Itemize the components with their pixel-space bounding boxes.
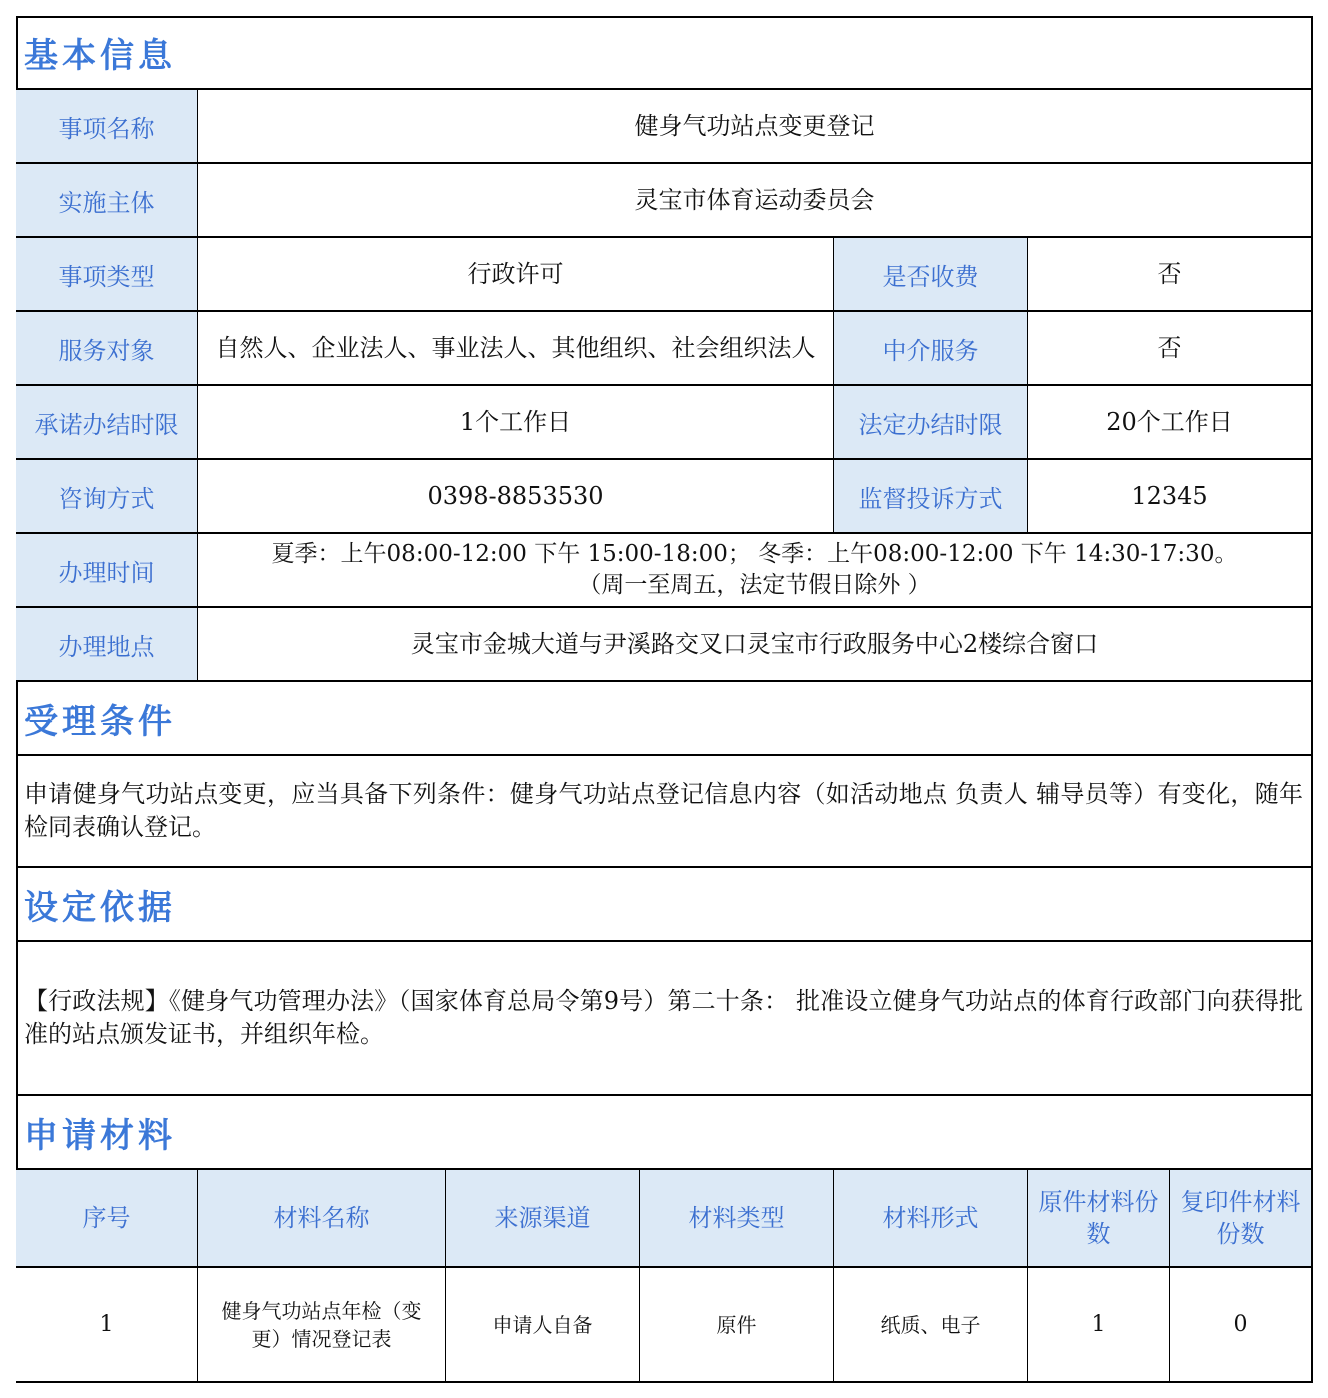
value-intermediary: 否 bbox=[1028, 312, 1313, 386]
section-title-conditions: 受理条件 bbox=[16, 682, 1313, 756]
value-item-name: 健身气功站点变更登记 bbox=[198, 90, 1313, 164]
value-charge: 否 bbox=[1028, 238, 1313, 312]
materials-row-index: 1 bbox=[16, 1268, 199, 1383]
label-implementer: 实施主体 bbox=[16, 164, 199, 238]
label-item-name: 事项名称 bbox=[16, 90, 199, 164]
section-title-basic-info: 基本信息 bbox=[16, 16, 1313, 90]
materials-row-type: 原件 bbox=[640, 1268, 835, 1383]
materials-header-type: 材料类型 bbox=[640, 1170, 835, 1268]
materials-row-original-count: 1 bbox=[1028, 1268, 1171, 1383]
section-title-basis: 设定依据 bbox=[16, 868, 1313, 942]
label-item-type: 事项类型 bbox=[16, 238, 199, 312]
label-hours: 办理时间 bbox=[16, 534, 199, 608]
materials-row-name: 健身气功站点年检（变更）情况登记表 bbox=[198, 1268, 447, 1383]
conditions-text: 申请健身气功站点变更，应当具备下列条件：健身气功站点登记信息内容（如活动地点 负… bbox=[16, 756, 1313, 868]
materials-header-original-count: 原件材料份数 bbox=[1028, 1170, 1171, 1268]
materials-header-index: 序号 bbox=[16, 1170, 199, 1268]
materials-row-form: 纸质、电子 bbox=[834, 1268, 1029, 1383]
hours-line-2: （周一至周五，法定节假日除外 ） bbox=[578, 570, 930, 601]
label-service-target: 服务对象 bbox=[16, 312, 199, 386]
label-location: 办理地点 bbox=[16, 608, 199, 682]
materials-header-name: 材料名称 bbox=[198, 1170, 447, 1268]
value-implementer: 灵宝市体育运动委员会 bbox=[198, 164, 1313, 238]
value-location: 灵宝市金城大道与尹溪路交叉口灵宝市行政服务中心2楼综合窗口 bbox=[198, 608, 1313, 682]
section-title-materials: 申请材料 bbox=[16, 1096, 1313, 1170]
label-legal-time: 法定办结时限 bbox=[834, 386, 1029, 460]
materials-header-copy-count: 复印件材料份数 bbox=[1170, 1170, 1313, 1268]
value-service-target: 自然人、企业法人、事业法人、其他组织、社会组织法人 bbox=[198, 312, 835, 386]
basis-text: 【行政法规】《健身气功管理办法》（国家体育总局令第9号）第二十条： 批准设立健身… bbox=[16, 942, 1313, 1096]
label-intermediary: 中介服务 bbox=[834, 312, 1029, 386]
label-consult: 咨询方式 bbox=[16, 460, 199, 534]
materials-header-form: 材料形式 bbox=[834, 1170, 1029, 1268]
materials-header-source: 来源渠道 bbox=[446, 1170, 641, 1268]
materials-row-source: 申请人自备 bbox=[446, 1268, 641, 1383]
value-legal-time: 20个工作日 bbox=[1028, 386, 1313, 460]
label-promised-time: 承诺办结时限 bbox=[16, 386, 199, 460]
value-complaint-phone: 12345 bbox=[1028, 460, 1313, 534]
label-charge: 是否收费 bbox=[834, 238, 1029, 312]
value-promised-time: 1个工作日 bbox=[198, 386, 835, 460]
materials-row-copy-count: 0 bbox=[1170, 1268, 1313, 1383]
hours-line-1: 夏季：上午08:00-12:00 下午 15:00-18:00； 冬季：上午08… bbox=[272, 539, 1238, 570]
label-complaint: 监督投诉方式 bbox=[834, 460, 1029, 534]
value-hours: 夏季：上午08:00-12:00 下午 15:00-18:00； 冬季：上午08… bbox=[198, 534, 1313, 608]
value-item-type: 行政许可 bbox=[198, 238, 835, 312]
value-consult-phone: 0398-8853530 bbox=[198, 460, 835, 534]
